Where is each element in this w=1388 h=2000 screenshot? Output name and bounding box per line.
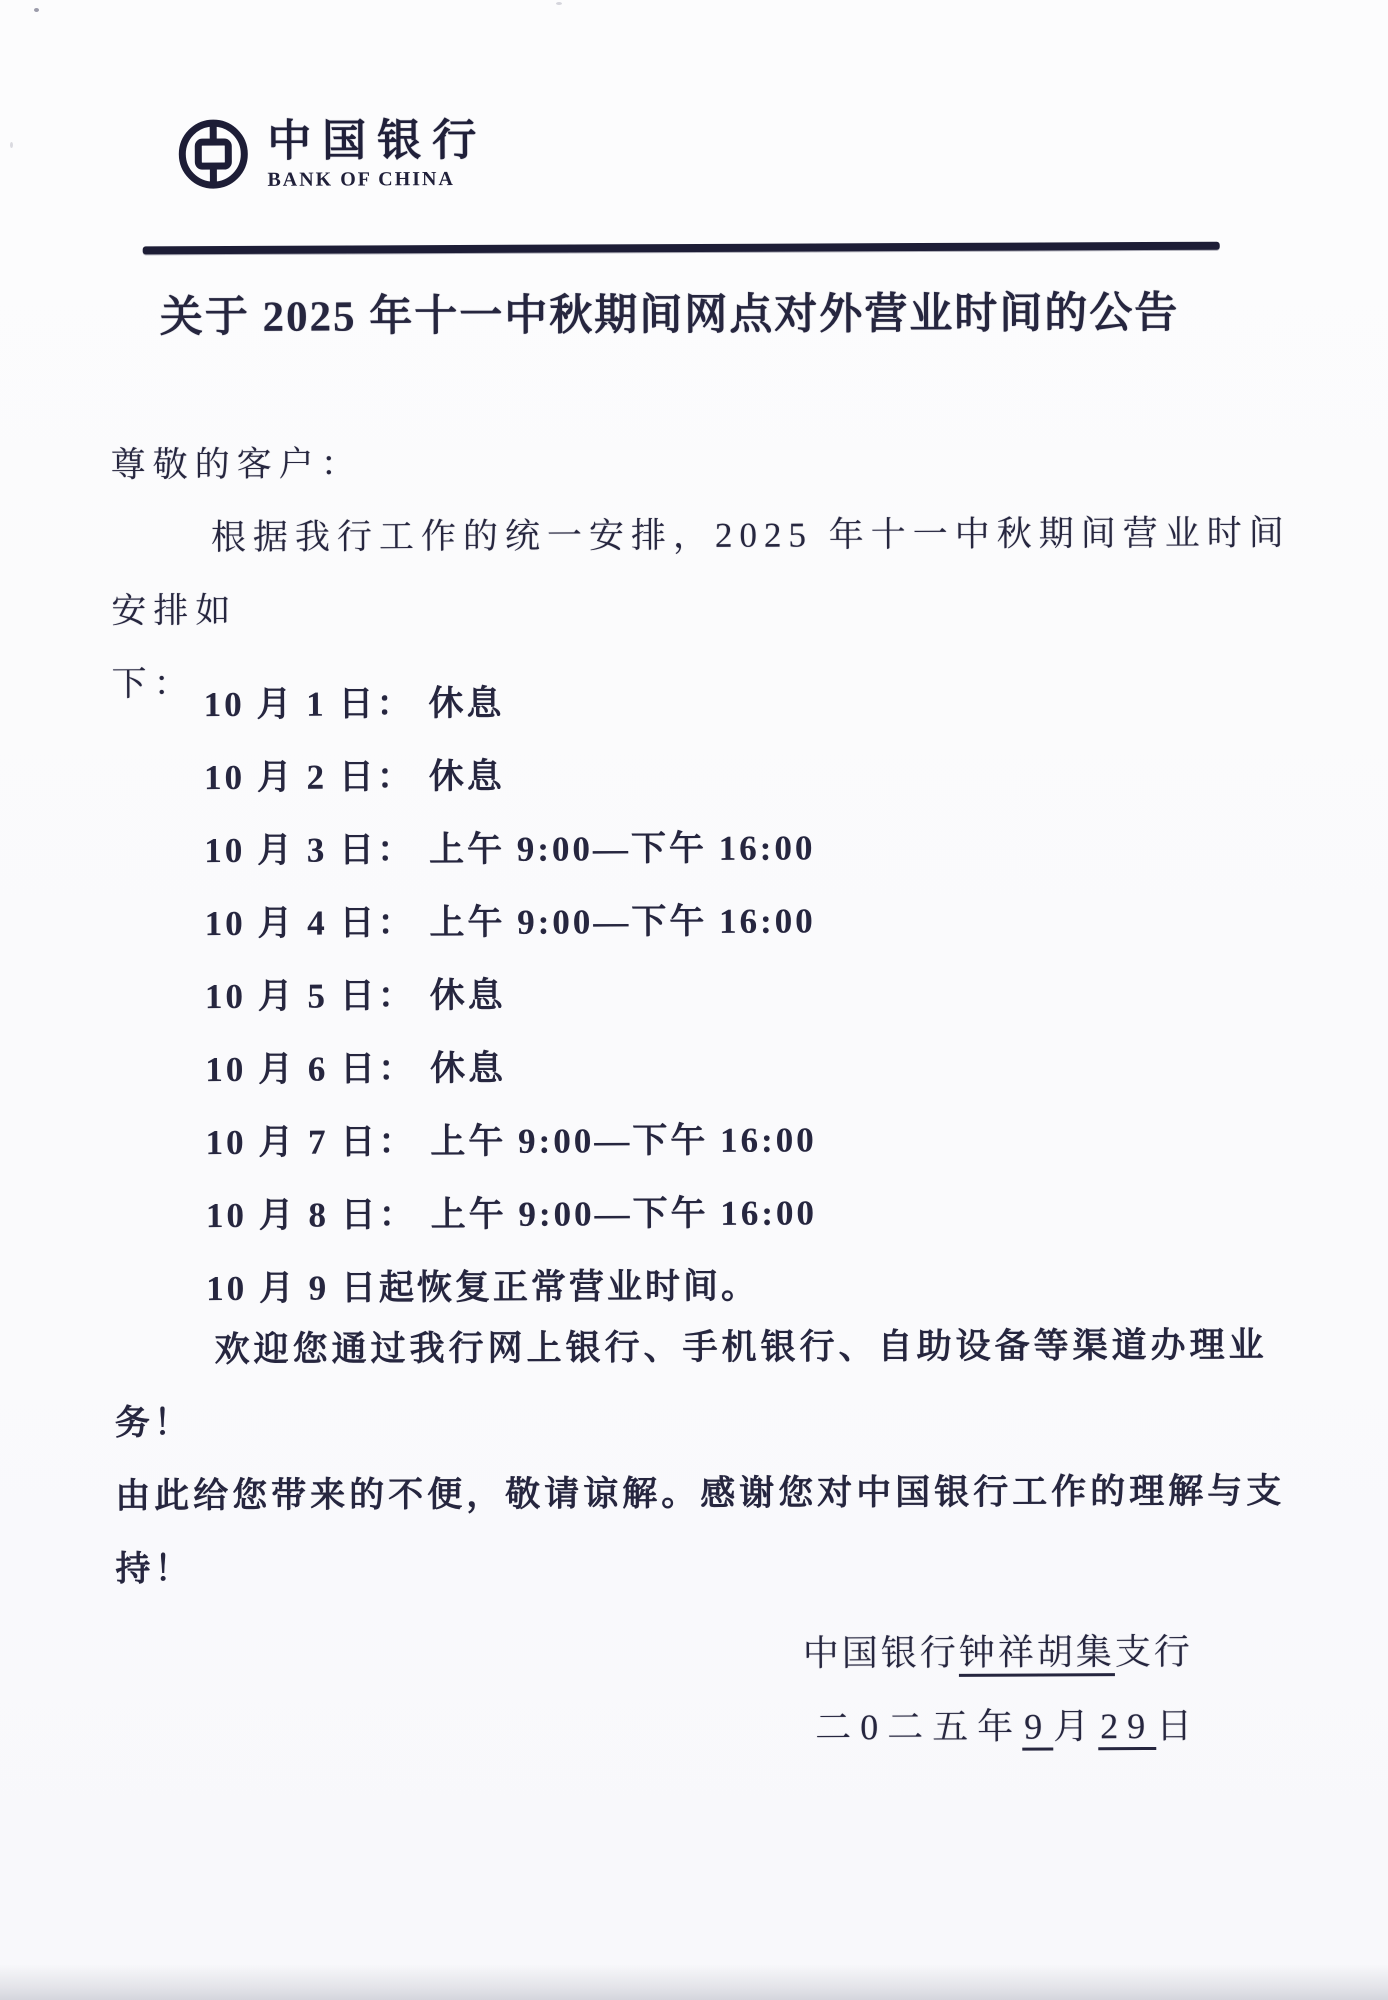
schedule-date: 10 月 5 日： (205, 976, 416, 1016)
schedule-hours: 上午 9:00—下午 16:00 (430, 1120, 816, 1161)
bank-logo: 中国银行 BANK OF CHINA (177, 117, 487, 193)
closing-line-1: 欢迎您通过我行网上银行、手机银行、自助设备等渠道办理业务！ (114, 1308, 1315, 1459)
schedule-hours: 上午 9:00—下午 16:00 (429, 828, 815, 869)
schedule-hours: 休息 (430, 976, 506, 1015)
paper-bottom-edge-shadow (0, 1964, 1388, 2000)
signature-suffix: 支行 (1115, 1632, 1193, 1672)
header-rule (143, 242, 1220, 255)
bank-name-english: BANK OF CHINA (267, 168, 487, 192)
schedule-date: 10 月 1 日： (204, 684, 415, 724)
schedule-date: 10 月 7 日： (206, 1122, 417, 1162)
signature-branch-underlined: 钟祥胡集 (959, 1632, 1115, 1677)
bank-of-china-emblem-icon (177, 118, 249, 190)
date-line: 二0二五年9月29日 (815, 1698, 1201, 1751)
schedule-date: 10 月 8 日： (206, 1195, 417, 1235)
bank-logo-text: 中国银行 BANK OF CHINA (267, 117, 487, 192)
schedule-hours: 休息 (430, 1049, 506, 1088)
schedule-date: 10 月 6 日： (205, 1049, 416, 1089)
schedule-date: 10 月 3 日： (204, 830, 415, 870)
closing-line-3: 持！ (115, 1527, 1315, 1605)
schedule-hours: 休息 (428, 684, 504, 723)
scan-noise-speck (10, 142, 13, 148)
schedule-row: 10 月 8 日：上午 9:00—下午 16:00 (206, 1176, 817, 1252)
schedule-row: 10 月 3 日：上午 9:00—下午 16:00 (204, 811, 815, 887)
schedule-hours: 上午 9:00—下午 16:00 (429, 901, 815, 942)
notice-title: 关于 2025 年十一中秋期间网点对外营业时间的公告 (0, 278, 1342, 345)
signature-prefix: 中国银行 (803, 1633, 959, 1674)
date-day-unit: 日 (1156, 1706, 1201, 1746)
schedule-date: 10 月 4 日： (205, 903, 416, 943)
scan-noise-speck (556, 2, 562, 5)
intro-line-1: 根据我行工作的统一安排，2025 年十一中秋期间营业时间安排如 (111, 496, 1297, 647)
closing-block: 欢迎您通过我行网上银行、手机银行、自助设备等渠道办理业务！ 由此给您带来的不便，… (114, 1308, 1315, 1605)
schedule-date: 10 月 2 日： (204, 757, 415, 797)
schedule-hours: 上午 9:00—下午 16:00 (431, 1193, 817, 1234)
bank-name-chinese: 中国银行 (267, 117, 487, 166)
date-month-unit: 月 (1053, 1706, 1098, 1746)
schedule-row: 10 月 4 日：上午 9:00—下午 16:00 (205, 884, 816, 960)
scan-noise-speck (34, 8, 39, 12)
closing-line-2: 由此给您带来的不便，敬请谅解。感谢您对中国银行工作的理解与支 (115, 1454, 1315, 1532)
schedule-row: 10 月 1 日：休息 (204, 665, 815, 741)
schedule-row: 10 月 6 日：休息 (205, 1030, 816, 1106)
date-day-underlined: 29 (1098, 1706, 1156, 1750)
salutation: 尊敬的客户： (111, 423, 1296, 501)
scanned-notice: 中国银行 BANK OF CHINA 关于 2025 年十一中秋期间网点对外营业… (0, 0, 1388, 2000)
schedule-block: 10 月 1 日：休息 10 月 2 日：休息 10 月 3 日：上午 9:00… (204, 665, 818, 1325)
signature-line: 中国银行钟祥胡集支行 (803, 1624, 1193, 1677)
document-page: 中国银行 BANK OF CHINA 关于 2025 年十一中秋期间网点对外营业… (0, 0, 1388, 2000)
date-month-underlined: 9 (1022, 1706, 1053, 1750)
schedule-hours: 休息 (429, 757, 505, 796)
schedule-row: 10 月 2 日：休息 (204, 738, 815, 814)
schedule-row: 10 月 5 日：休息 (205, 957, 816, 1033)
date-prefix: 二0二五年 (815, 1707, 1022, 1748)
schedule-row: 10 月 7 日：上午 9:00—下午 16:00 (205, 1103, 816, 1179)
